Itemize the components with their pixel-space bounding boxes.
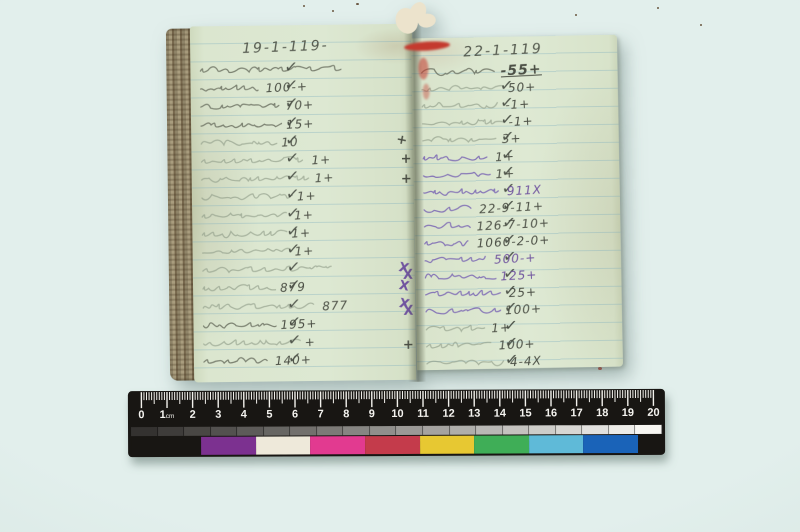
color-patch xyxy=(256,436,311,454)
notebook-right-page: 22-1-119 -55+✓50+✓-1+✓-1+✓3+✓1+✓1+✓911X✓… xyxy=(411,35,623,371)
debris-speck xyxy=(356,3,359,5)
handwritten-script-squiggle xyxy=(201,317,276,332)
ledger-entry-row: ✓1+ xyxy=(421,146,615,166)
grayscale-step xyxy=(264,426,291,435)
grayscale-step xyxy=(184,427,211,436)
grayscale-step xyxy=(131,427,158,436)
handwritten-script-squiggle xyxy=(425,354,506,369)
entry-amount: 70+ xyxy=(285,98,314,113)
ledger-entry-row: ✓100-+ xyxy=(199,78,409,97)
ruler-number: 20 xyxy=(647,407,659,419)
ledger-entry-row: ✓+ xyxy=(202,333,412,352)
ledger-entry-row: ✓1+ xyxy=(200,224,410,243)
ledger-entry-row: ✓3+ xyxy=(421,129,615,149)
grayscale-step xyxy=(396,426,423,435)
ledger-entry-row: ✓100+ xyxy=(424,300,618,320)
color-patch xyxy=(529,435,584,453)
entry-amount: 4-4X xyxy=(510,353,543,369)
ruler-number: 14 xyxy=(494,408,506,420)
entry-amount: 140+ xyxy=(275,353,313,369)
grayscale-step xyxy=(503,425,530,434)
grayscale-step xyxy=(290,426,317,435)
handwritten-script-squiggle xyxy=(423,235,474,250)
color-patch xyxy=(474,435,529,453)
ledger-entry-row: ✓X xyxy=(201,260,411,279)
handwritten-script-squiggle xyxy=(199,81,262,96)
color-patch xyxy=(420,436,475,454)
ledger-entry-row: ✓10+ xyxy=(199,133,409,152)
scale-bar: 01cm234567891011121314151617181920 xyxy=(128,389,665,457)
ruler-number: 11 xyxy=(417,408,429,420)
ruler-number: 12 xyxy=(442,408,454,420)
ruler-number: 2 xyxy=(190,409,196,421)
handwritten-script-squiggle xyxy=(421,149,491,164)
entry-amount: 877 xyxy=(322,298,349,313)
handwritten-script-squiggle xyxy=(200,190,293,205)
handwritten-script-squiggle xyxy=(420,81,504,97)
entry-amount: 1+ xyxy=(314,171,334,186)
ledger-entry-row: ✓140+ xyxy=(202,351,412,370)
patch-black-tail xyxy=(638,435,662,453)
ruler-number: 3 xyxy=(215,409,221,421)
handwritten-script-squiggle xyxy=(424,321,487,336)
color-patch xyxy=(201,437,256,455)
grayscale-step xyxy=(529,425,556,434)
grayscale-step xyxy=(211,427,238,436)
ledger-entry-row: ✓1+ xyxy=(201,242,411,261)
handwritten-script-squiggle xyxy=(424,286,505,301)
grayscale-step xyxy=(237,427,264,436)
ruler-number: 13 xyxy=(468,408,480,420)
handwritten-script-squiggle xyxy=(421,132,498,147)
ruler-number: 15 xyxy=(519,407,531,419)
ledger-entry-row: ✓70+ xyxy=(199,96,409,115)
handwritten-script-squiggle xyxy=(424,303,501,318)
handwritten-script-squiggle xyxy=(423,252,490,267)
debris-speck xyxy=(657,7,659,9)
color-patch xyxy=(583,435,638,453)
ledger-entry-row: -55+ xyxy=(419,61,613,81)
handwritten-script-squiggle xyxy=(200,226,287,241)
entry-amount: 1+ xyxy=(291,225,311,240)
entry-amount: 1+ xyxy=(297,189,317,204)
ledger-entry-row: ✓500-+ xyxy=(423,249,617,269)
grayscale-step xyxy=(609,425,636,434)
ruler-number: 1cm xyxy=(160,409,175,421)
ledger-entry-row: ✓15+ xyxy=(199,114,409,133)
notebook: 19-1-119- ✓✓100-+✓70+✓15+✓10+✓1+✓1+✓1+✓1… xyxy=(166,15,622,386)
ledger-entry-row: ✓ xyxy=(198,60,408,79)
ruler-number: 16 xyxy=(545,407,557,419)
ledger-entry-row: ✓877X xyxy=(201,296,411,315)
entry-amount: + xyxy=(304,335,316,350)
handwritten-script-squiggle xyxy=(423,269,496,284)
handwritten-script-squiggle xyxy=(201,244,291,259)
grayscale-step xyxy=(476,426,503,435)
cloth-tassel xyxy=(394,1,439,44)
entry-amount: 879 xyxy=(280,280,307,295)
handwritten-script-squiggle xyxy=(199,135,277,150)
ruler-number: 19 xyxy=(622,407,634,419)
handwritten-script-squiggle xyxy=(201,262,333,278)
ruler-number: 4 xyxy=(241,409,247,421)
grayscale-step xyxy=(370,426,397,435)
handwritten-script-squiggle xyxy=(420,115,504,131)
ruler-number: 10 xyxy=(391,408,403,420)
handwritten-script-squiggle xyxy=(420,98,501,113)
grayscale-step xyxy=(423,426,450,435)
debris-speck xyxy=(332,10,334,12)
handwritten-script-squiggle xyxy=(199,99,282,114)
ledger-entry-row: ✓911X xyxy=(422,180,616,200)
ruler-number: 9 xyxy=(369,408,375,420)
grayscale-step xyxy=(158,427,185,436)
red-pigment-stain xyxy=(423,84,430,100)
ledger-entry-row: ✓879X xyxy=(201,278,411,297)
ledger-entry-row: ✓126-7-10+ xyxy=(422,215,616,235)
right-page-entries: -55+✓50+✓-1+✓-1+✓3+✓1+✓1+✓911X✓22-9-11+✓… xyxy=(419,35,619,370)
handwritten-script-squiggle xyxy=(421,167,491,182)
entry-amount: 1+ xyxy=(294,207,314,222)
entry-amount: 1+ xyxy=(294,244,314,259)
debris-speck xyxy=(303,5,305,7)
grayscale-step xyxy=(582,425,609,434)
color-patch xyxy=(310,436,365,454)
ledger-entry-row: ✓1+ xyxy=(200,205,410,224)
handwritten-script-squiggle xyxy=(422,201,475,216)
handwritten-script-squiggle xyxy=(199,117,282,132)
left-page-entries: ✓✓100-+✓70+✓15+✓10+✓1+✓1+✓1+✓1+✓1+✓1+✓X✓… xyxy=(198,24,412,383)
ruler-number: 8 xyxy=(343,408,349,420)
check-mark: ✓ xyxy=(286,293,301,313)
entry-amount: 195+ xyxy=(280,316,318,332)
photograph-of-notebook: 19-1-119- ✓✓100-+✓70+✓15+✓10+✓1+✓1+✓1+✓1… xyxy=(0,0,800,532)
ledger-entry-row: ✓1+ xyxy=(200,169,410,188)
entry-amount: 1+ xyxy=(311,152,331,167)
ledger-entry-row: ✓125+ xyxy=(423,266,617,286)
red-pigment-stain xyxy=(418,58,428,80)
ruler-unit-label: cm xyxy=(166,413,175,420)
ruler-number: 17 xyxy=(570,407,582,419)
ruler-number: 6 xyxy=(292,408,298,420)
debris-speck xyxy=(700,24,702,26)
handwritten-script-squiggle xyxy=(201,281,276,296)
grayscale-step xyxy=(635,425,662,434)
handwritten-script-squiggle xyxy=(198,62,341,78)
patch-black-lead xyxy=(131,437,201,455)
ruler-number: 5 xyxy=(266,409,272,421)
handwritten-script-squiggle xyxy=(202,354,271,369)
ledger-entry-row: ✓4-4X xyxy=(425,351,619,371)
grayscale-step xyxy=(556,425,583,434)
ruler-numbers: 01cm234567891011121314151617181920 xyxy=(128,407,665,423)
handwritten-script-squiggle xyxy=(422,183,503,198)
color-calibration-patches xyxy=(131,435,662,455)
ruler-number: 0 xyxy=(138,409,144,421)
grayscale-step xyxy=(317,426,344,435)
ruler-number: 18 xyxy=(596,407,608,419)
grayscale-step xyxy=(343,426,370,435)
ledger-entry-row: ✓-1+ xyxy=(420,95,614,115)
notebook-left-page: 19-1-119- ✓✓100-+✓70+✓15+✓10+✓1+✓1+✓1+✓1… xyxy=(190,24,416,383)
handwritten-script-squiggle xyxy=(200,208,290,223)
ledger-entry-row: ✓100+ xyxy=(424,334,618,354)
handwritten-script-squiggle xyxy=(419,64,496,79)
color-patch xyxy=(365,436,420,454)
ledger-entry-row: ✓1+ xyxy=(200,187,410,206)
ledger-entry-row: ✓195+ xyxy=(201,315,411,334)
grayscale-step xyxy=(450,426,477,435)
ruler-number: 7 xyxy=(318,408,324,420)
handwritten-script-squiggle xyxy=(422,218,473,233)
handwritten-script-squiggle xyxy=(425,338,495,353)
ledger-entry-row: ✓1+ xyxy=(199,151,409,170)
